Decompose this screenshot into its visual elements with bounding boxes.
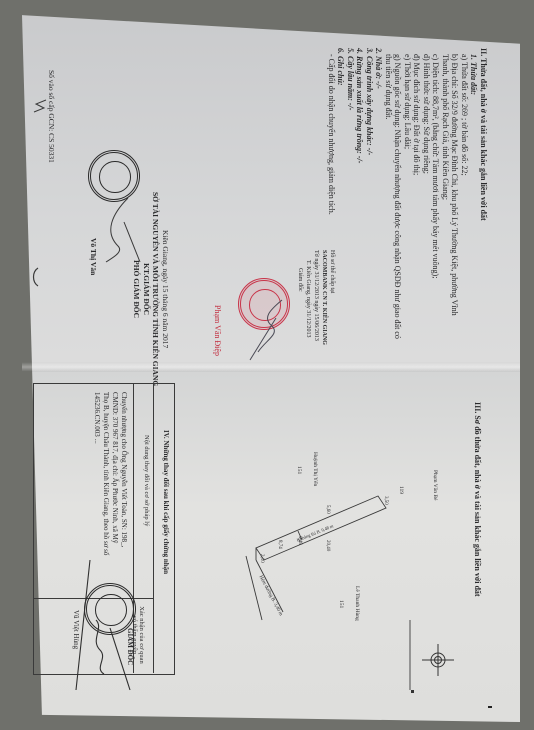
confirm-signature — [0, 0, 534, 730]
